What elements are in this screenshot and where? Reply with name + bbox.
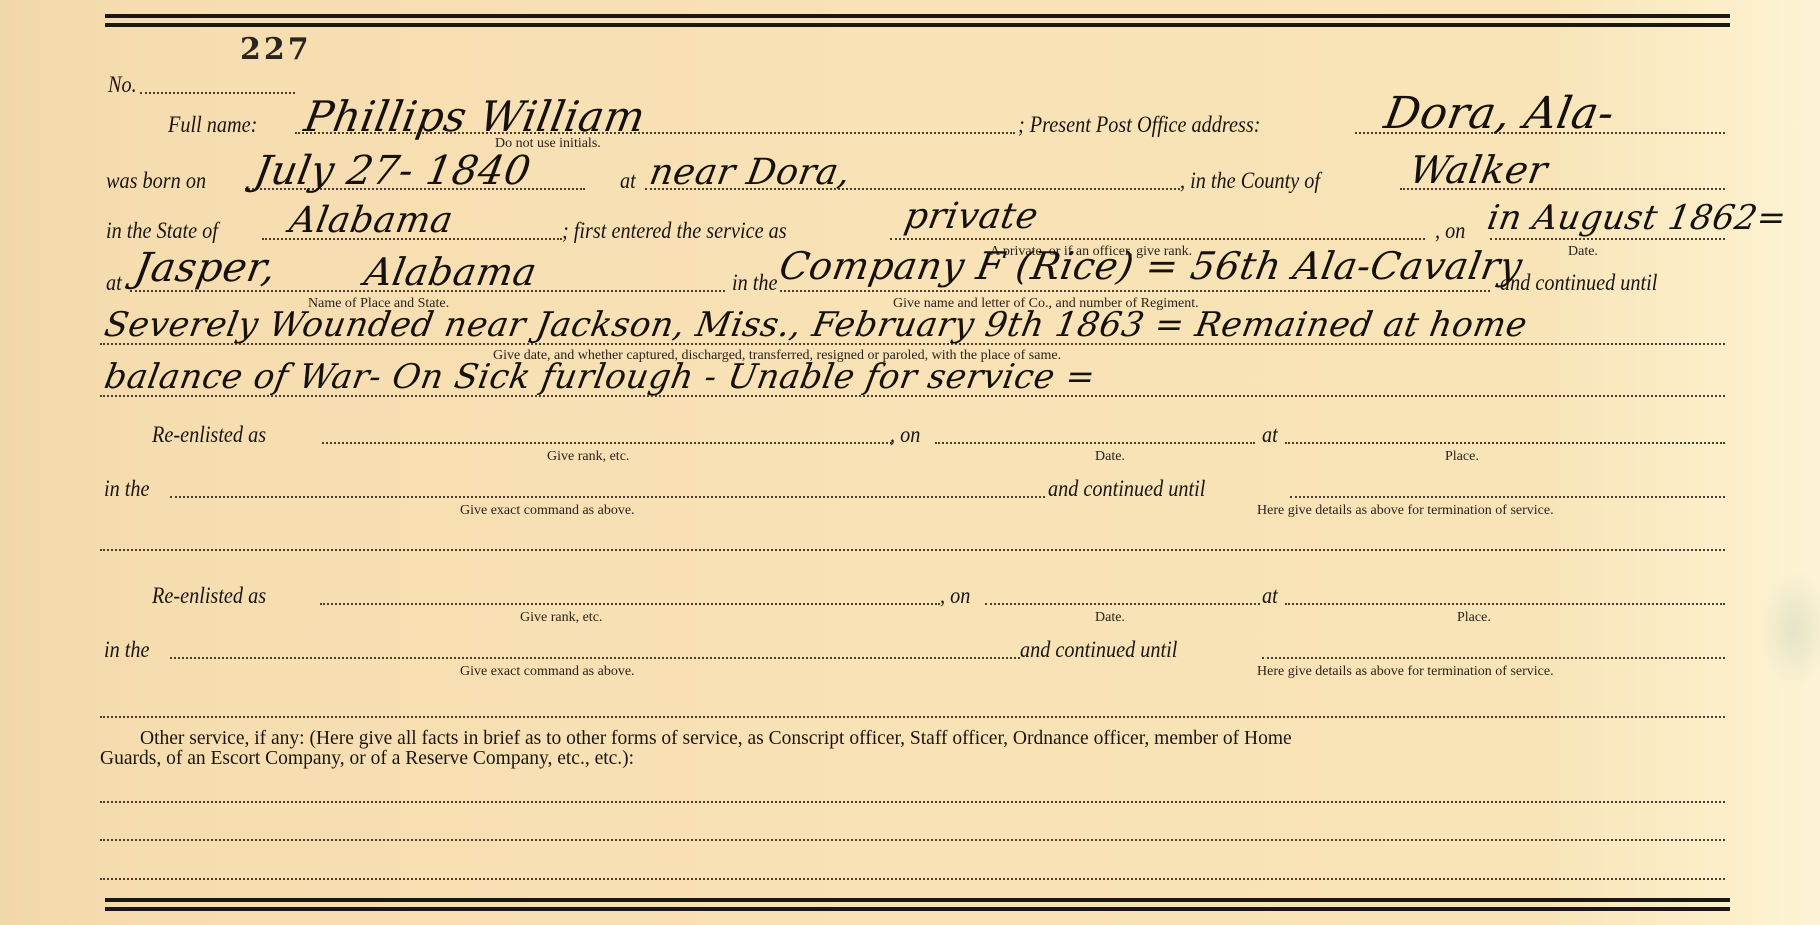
- reenlist-command-line[interactable]: [170, 657, 1020, 659]
- birth-at-label: at: [620, 168, 636, 194]
- reenlist-on-label: , on: [890, 422, 920, 448]
- reenlist-continued-label: and continued until: [1048, 476, 1205, 502]
- reenlist-date-hint: Date.: [1095, 610, 1125, 626]
- other-service-text-line1: Other service, if any: (Here give all fa…: [140, 728, 1730, 750]
- reenlist-rank-hint: Give rank, etc.: [547, 449, 629, 465]
- entry-on-label: , on: [1435, 218, 1465, 244]
- reenlist-extra-line[interactable]: [100, 549, 1725, 551]
- reenlist-termination-hint: Here give details as above for terminati…: [1257, 503, 1554, 519]
- reenlisted-as-label: Re-enlisted as: [152, 422, 266, 448]
- reenlist-extra-line[interactable]: [100, 716, 1725, 718]
- reenlist-continued-label: and continued until: [1020, 637, 1177, 663]
- reenlist-date-hint: Date.: [1095, 449, 1125, 465]
- reenlist-in-the-label: in the: [104, 476, 150, 502]
- county-value: Walker: [1406, 148, 1551, 192]
- post-office-label: ; Present Post Office address:: [1018, 112, 1260, 138]
- reenlist-on-label: , on: [940, 583, 970, 609]
- top-double-rule: [105, 14, 1730, 28]
- post-office-value: Dora, Ala-: [1381, 88, 1619, 139]
- entry-place-city-value: Jasper,: [131, 245, 280, 291]
- other-service-line-3[interactable]: [100, 878, 1725, 880]
- birth-date-value: July 27- 1840: [251, 148, 534, 194]
- state-label: in the State of: [106, 218, 218, 244]
- rank-line: [890, 238, 1425, 240]
- reenlist-rank-hint: Give rank, etc.: [520, 610, 602, 626]
- reenlist-place-hint: Place.: [1445, 449, 1479, 465]
- reenlist-command-hint: Give exact command as above.: [460, 503, 635, 519]
- other-service-line-1[interactable]: [100, 801, 1725, 803]
- company-line: [780, 290, 1490, 292]
- reenlisted-as-label: Re-enlisted as: [152, 583, 266, 609]
- other-service-line-2[interactable]: [100, 839, 1725, 841]
- termination-value-line2: balance of War- On Sick furlough - Unabl…: [101, 357, 1098, 397]
- full-name-label: Full name:: [168, 112, 257, 138]
- entry-date-value: in August 1862=: [1484, 198, 1789, 238]
- reenlist-command-line[interactable]: [170, 496, 1045, 498]
- service-record-form: 227 No. Full name: Phillips William Do n…: [0, 0, 1820, 925]
- reenlist-rank-line[interactable]: [322, 442, 892, 444]
- entry-place-state-value: Alabama: [361, 250, 540, 294]
- born-on-label: was born on: [106, 168, 206, 194]
- reenlist-rank-line[interactable]: [320, 603, 940, 605]
- reenlist-date-line[interactable]: [935, 442, 1255, 444]
- entry-date-line: [1490, 238, 1725, 240]
- reenlist-date-line[interactable]: [985, 603, 1260, 605]
- first-entered-label: ; first entered the service as: [562, 218, 787, 244]
- reenlist-command-hint: Give exact command as above.: [460, 664, 635, 680]
- record-number-stamp: 227: [240, 32, 312, 67]
- no-label: No.: [108, 72, 137, 98]
- reenlist-at-label: at: [1262, 583, 1278, 609]
- no-field-line: [140, 92, 295, 94]
- company-value: Company F (Rice) = 56th Ala-Cavalry: [776, 244, 1526, 288]
- reenlist-in-the-label: in the: [104, 637, 150, 663]
- reenlist-place-line[interactable]: [1285, 442, 1725, 444]
- other-service-text-line2: Guards, of an Escort Company, or of a Re…: [100, 748, 1700, 770]
- paper-stain: [1760, 570, 1820, 690]
- reenlist-place-line[interactable]: [1285, 603, 1725, 605]
- birth-place-value: near Dora,: [646, 152, 853, 193]
- reenlist-place-hint: Place.: [1457, 610, 1491, 626]
- state-value: Alabama: [286, 200, 456, 241]
- reenlist-termination-line[interactable]: [1290, 496, 1725, 498]
- company-in-the-label: in the: [732, 270, 778, 296]
- termination-value-line1: Severely Wounded near Jackson, Miss., Fe…: [101, 305, 1530, 345]
- entry-date-hint: Date.: [1568, 244, 1598, 260]
- entry-at-label: at: [106, 270, 122, 296]
- full-name-value: Phillips William: [301, 92, 649, 141]
- reenlist-termination-hint: Here give details as above for terminati…: [1257, 664, 1554, 680]
- rank-value: private: [901, 196, 1041, 237]
- bottom-double-rule: [105, 898, 1730, 912]
- reenlist-at-label: at: [1262, 422, 1278, 448]
- county-label: , in the County of: [1180, 168, 1320, 194]
- reenlist-termination-line[interactable]: [1262, 657, 1725, 659]
- continued-until-label: and continued until: [1500, 270, 1657, 296]
